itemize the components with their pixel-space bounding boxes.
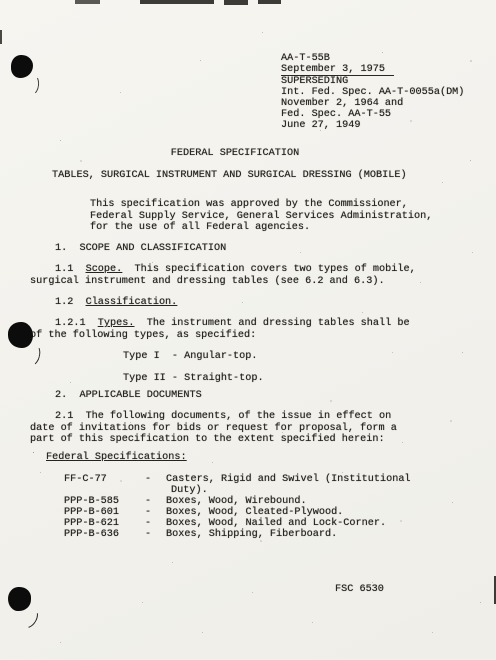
spec-dash: - (145, 507, 166, 518)
federal-specifications-heading: Federal Specifications: (46, 452, 187, 463)
spec-list-item: PPP-B-621 - Boxes, Wood, Nailed and Lock… (64, 518, 411, 529)
federal-specifications-list: FF-C-77 - Casters, Rigid and Swivel (Ins… (64, 474, 411, 540)
spec-code: PPP-B-585 (64, 496, 145, 507)
spec-list-item: FF-C-77 - Casters, Rigid and Swivel (Ins… (64, 474, 411, 496)
paragraph-1-2: 1.2 Classification. (55, 297, 177, 308)
superseded-spec-line: Int. Fed. Spec. AA-T-0055a(DM) (281, 87, 464, 98)
paragraph-1-1-line: 1.1 Scope. This specification covers two… (30, 264, 416, 276)
paragraph-text: The instrument and dressing tables shall… (134, 318, 409, 329)
hole-punch-mark-icon (8, 322, 33, 348)
paragraph-number: 1.2.1 (55, 318, 98, 329)
spec-dash: - (145, 529, 166, 540)
paragraph-1-1: 1.1 Scope. This specification covers two… (30, 264, 416, 287)
paragraph-1-2-1-line: of the following types, as specified: (30, 330, 410, 342)
paragraph-2-1-line: part of this specification to the extent… (30, 434, 397, 446)
page-subtitle: TABLES, SURGICAL INSTRUMENT AND SURGICAL… (52, 170, 407, 181)
paragraph-text: This specification covers two types of m… (122, 264, 415, 275)
type-i-item: Type I - Angular-top. (123, 351, 264, 362)
paragraph-number: 1.2 (55, 297, 86, 308)
type-ii-item: Type II - Straight-top. (123, 373, 264, 384)
spec-description: Boxes, Wood, Cleated-Plywood. (166, 507, 343, 518)
paper-noise (0, 0, 2, 2)
paragraph-1-1-line: surgical instrument and dressing tables … (30, 276, 416, 288)
approval-line: Federal Supply Service, General Services… (90, 211, 432, 223)
document-date: September 3, 1975 (281, 64, 464, 76)
document-id-block: AA-T-55B September 3, 1975 SUPERSEDING I… (281, 53, 464, 131)
paragraph-2-1-line: date of invitations for bids or request … (30, 423, 397, 435)
spec-code: PPP-B-621 (64, 518, 145, 529)
type-list: Type I - Angular-top. Type II - Straight… (123, 351, 264, 384)
paragraph-1-2-1-line: 1.2.1 Types. The instrument and dressing… (30, 318, 410, 330)
document-number: AA-T-55B (281, 53, 464, 64)
types-term: Types. (98, 318, 135, 329)
superseding-label: SUPERSEDING (281, 76, 464, 87)
spec-list-item: PPP-B-636 - Boxes, Shipping, Fiberboard. (64, 529, 411, 540)
scan-edge-bar (75, 0, 100, 4)
spec-list-item: PPP-B-601 - Boxes, Wood, Cleated-Plywood… (64, 507, 411, 518)
approval-line: This specification was approved by the C… (90, 199, 432, 211)
paragraph-number: 1.1 (55, 264, 86, 275)
superseded-spec-line: November 2, 1964 and (281, 98, 464, 109)
approval-paragraph: This specification was approved by the C… (90, 199, 432, 234)
spec-description: Casters, Rigid and Swivel (Institutional… (166, 474, 411, 496)
spec-description: Boxes, Wood, Nailed and Lock-Corner. (166, 518, 386, 529)
hole-punch-mark-icon (11, 55, 33, 78)
scan-edge-mark (0, 30, 2, 44)
section-2-heading: 2. APPLICABLE DOCUMENTS (55, 390, 202, 401)
paragraph-1-2-1: 1.2.1 Types. The instrument and dressing… (30, 318, 410, 341)
spec-dash: - (145, 518, 166, 529)
spec-dash: - (145, 496, 166, 507)
classification-term: Classification. (86, 297, 178, 308)
spec-description: Boxes, Shipping, Fiberboard. (166, 529, 337, 540)
spec-code: FF-C-77 (64, 474, 145, 496)
spacer (123, 362, 264, 373)
spec-code: PPP-B-636 (64, 529, 145, 540)
approval-line: for the use of all Federal agencies. (90, 222, 432, 234)
section-1-heading: 1. SCOPE AND CLASSIFICATION (55, 243, 226, 254)
page-title: FEDERAL SPECIFICATION (0, 148, 470, 159)
scope-term: Scope. (86, 264, 123, 275)
paragraph-2-1-line: 2.1 The following documents, of the issu… (30, 411, 397, 423)
spec-code: PPP-B-601 (64, 507, 145, 518)
scan-edge-bar (140, 0, 214, 4)
spec-description: Boxes, Wood, Wirebound. (166, 496, 307, 507)
pen-curve-mark-icon (26, 74, 41, 95)
scan-edge-bar (224, 0, 248, 5)
superseded-spec-line: June 27, 1949 (281, 120, 464, 131)
paragraph-2-1: 2.1 The following documents, of the issu… (30, 411, 397, 446)
scan-edge-bar (258, 0, 281, 4)
spec-dash: - (145, 474, 166, 496)
scanned-federal-specification-page: AA-T-55B September 3, 1975 SUPERSEDING I… (0, 0, 496, 660)
superseded-spec-line: Fed. Spec. AA-T-55 (281, 109, 464, 120)
spec-list-item: PPP-B-585 - Boxes, Wood, Wirebound. (64, 496, 411, 507)
fsc-code: FSC 6530 (335, 584, 384, 595)
